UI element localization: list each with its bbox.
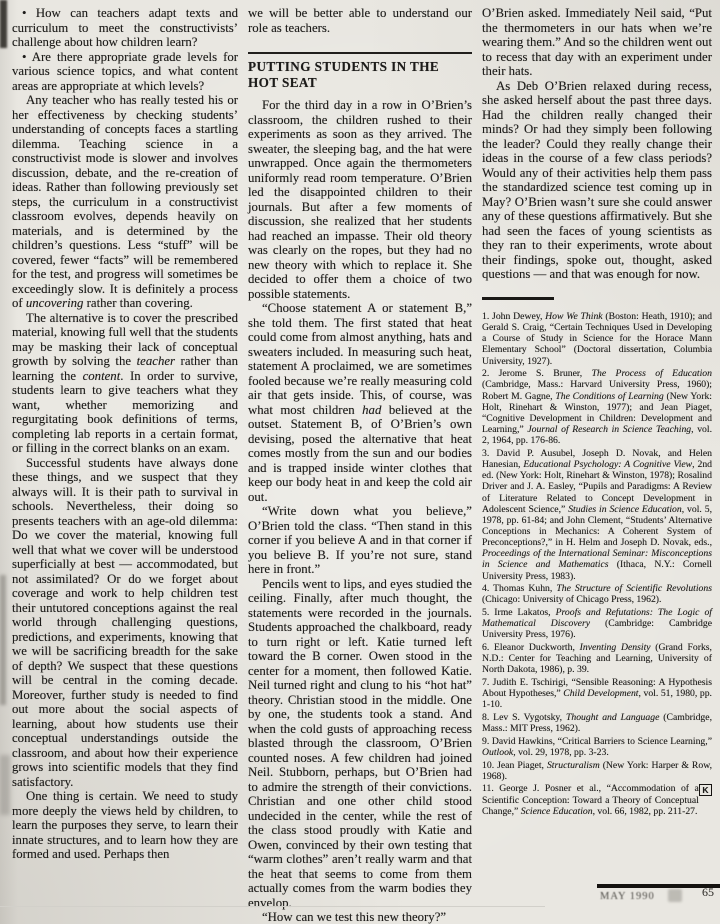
right-column: O’Brien asked. Immediately Neil said, “P… — [482, 0, 712, 818]
paragraph: One thing is certain. We need to study m… — [12, 789, 238, 862]
endnote: 10. Jean Piaget, Structuralism (New York… — [482, 760, 712, 782]
body-text: , vol. 29, 1978, pp. 3-23. — [513, 747, 609, 758]
body-text: For the third day in a row in O’Brien’s … — [248, 98, 472, 301]
paragraph: “How can we test this new theory?” — [248, 910, 472, 924]
body-text: , vol. 66, 1982, pp. 211-27. — [593, 806, 698, 817]
endnote: 7. Judith E. Tschirigi, “Sensible Reason… — [482, 677, 712, 710]
left-column: • How can teachers adapt texts and curri… — [12, 0, 238, 862]
middle-top-paragraphs: we will be better able to understand our… — [248, 6, 472, 35]
italic-text: The Process of Education — [592, 368, 712, 379]
endnote: K11. George J. Posner et al., “Accommoda… — [482, 783, 712, 816]
paragraph: Pencils went to lips, and eyes studied t… — [248, 577, 472, 911]
italic-text: Science Education — [521, 806, 593, 817]
italic-text: Thought and Language — [566, 712, 659, 723]
body-text: “How can we test this new theory?” — [262, 910, 446, 924]
body-text: “Choose statement A or statement B,” she… — [248, 301, 472, 417]
paragraph: As Deb O’Brien relaxed during recess, sh… — [482, 79, 712, 282]
section-heading-rule — [248, 52, 472, 54]
italic-text: Educational Psychology: A Cognitive View — [523, 459, 692, 470]
body-text: 8. Lev S. Vygotsky, — [482, 712, 566, 723]
scan-artifact — [0, 755, 10, 815]
body-text: One thing is certain. We need to study m… — [12, 789, 238, 861]
body-text: 9. David Hawkins, “Critical Barriers to … — [482, 736, 712, 747]
italic-text: Outlook — [482, 747, 513, 758]
body-text: believed at the outset. Statement B, of … — [248, 403, 472, 504]
page-bottom-edge-line — [0, 906, 545, 907]
italic-text: Journal of Research in Science Teaching — [527, 424, 691, 435]
body-text: O’Brien asked. Immediately Neil said, “P… — [482, 6, 712, 78]
middle-column: we will be better able to understand our… — [248, 0, 472, 924]
middle-body-paragraphs: For the third day in a row in O’Brien’s … — [248, 98, 472, 924]
paragraph: The alternative is to cover the prescrib… — [12, 311, 238, 456]
body-text: Pencils went to lips, and eyes studied t… — [248, 577, 472, 910]
endnotes-list: 1. John Dewey, How We Think (Boston: Hea… — [482, 311, 712, 817]
italic-text: How We Think — [545, 311, 602, 322]
body-text: • How can teachers adapt texts and curri… — [12, 6, 238, 49]
endnote: 9. David Hawkins, “Critical Barriers to … — [482, 736, 712, 758]
endnote: 4. Thomas Kuhn, The Structure of Scienti… — [482, 583, 712, 605]
body-text: As Deb O’Brien relaxed during recess, sh… — [482, 79, 712, 282]
endnote: 3. David P. Ausubel, Joseph D. Novak, an… — [482, 448, 712, 582]
paragraph: • How can teachers adapt texts and curri… — [12, 6, 238, 50]
body-text: rather than covering. — [83, 296, 192, 310]
paragraph: • Are there appropriate grade levels for… — [12, 50, 238, 94]
body-text: we will be better able to understand our… — [248, 6, 472, 35]
italic-text: had — [362, 403, 381, 417]
section-heading: PUTTING STUDENTS IN THE HOT SEAT — [248, 59, 472, 91]
endnote: 6. Eleanor Duckworth, Inventing Density … — [482, 642, 712, 675]
endnote: 1. John Dewey, How We Think (Boston: Hea… — [482, 311, 712, 367]
body-text: “Write down what you believe,” O’Brien t… — [248, 504, 472, 576]
body-text: (Chicago: University of Chicago Press, 1… — [482, 594, 661, 605]
body-text: 1. John Dewey, — [482, 311, 545, 322]
body-text: 2. Jerome S. Bruner, — [482, 368, 592, 379]
italic-text: The Conditions of Learning — [555, 391, 663, 402]
paragraph: Successful students have always done the… — [12, 456, 238, 790]
paragraph: “Write down what you believe,” O’Brien t… — [248, 504, 472, 577]
body-text: 6. Eleanor Duckworth, — [482, 642, 580, 653]
body-text: Successful students have always done the… — [12, 456, 238, 789]
scan-artifact — [0, 575, 6, 705]
italic-text: Child Development — [563, 688, 638, 699]
footer-issue-date: MAY 1990 — [600, 891, 655, 902]
endnote: 5. Irme Lakatos, Proofs and Refutations:… — [482, 607, 712, 640]
footer-page-number: 65 — [702, 885, 714, 900]
left-paragraphs: • How can teachers adapt texts and curri… — [12, 6, 238, 862]
body-text: 5. Irme Lakatos, — [482, 607, 556, 618]
body-text: 4. Thomas Kuhn, — [482, 583, 556, 594]
paragraph: we will be better able to understand our… — [248, 6, 472, 35]
italic-text: teacher — [137, 354, 175, 368]
body-text: • Are there appropriate grade levels for… — [12, 50, 238, 93]
italic-text: content — [83, 369, 121, 383]
scan-artifact — [0, 0, 7, 48]
endnote: 2. Jerome S. Bruner, The Process of Educ… — [482, 368, 712, 446]
paragraph: “Choose statement A or statement B,” she… — [248, 301, 472, 504]
italic-text: The Structure of Scientific Revolutions — [556, 583, 712, 594]
italic-text: Structuralism — [547, 760, 600, 771]
endnote: 8. Lev S. Vygotsky, Thought and Language… — [482, 712, 712, 734]
end-of-article-mark: K — [699, 784, 712, 796]
body-text: 10. Jean Piaget, — [482, 760, 547, 771]
right-paragraphs: O’Brien asked. Immediately Neil said, “P… — [482, 6, 712, 282]
paragraph: For the third day in a row in O’Brien’s … — [248, 98, 472, 301]
scan-artifact — [668, 889, 682, 902]
italic-text: Inventing Density — [580, 642, 651, 653]
paragraph: O’Brien asked. Immediately Neil said, “P… — [482, 6, 712, 79]
italic-text: uncovering — [26, 296, 84, 310]
endnotes-rule — [482, 297, 554, 301]
italic-text: Studies in Science Education — [568, 504, 682, 515]
paragraph: Any teacher who has really tested his or… — [12, 93, 238, 311]
body-text: Any teacher who has really tested his or… — [12, 93, 238, 310]
